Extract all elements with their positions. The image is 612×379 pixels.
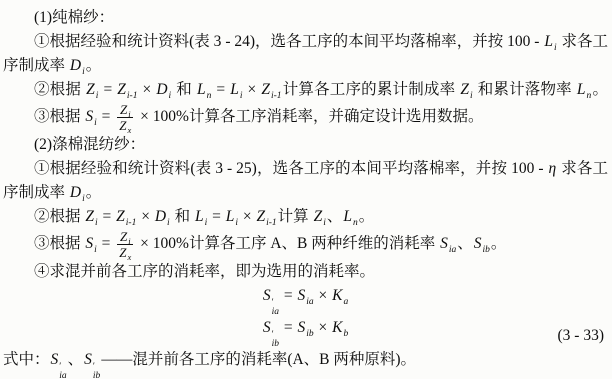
fraction-numerator: Zi — [118, 229, 133, 244]
math-var: Zi — [314, 208, 326, 225]
text-line: S′ib = Sib × Kb(3 - 33) — [3, 316, 608, 348]
text-run: 求各工 — [557, 160, 608, 177]
prime-subscript: ′ib — [93, 363, 100, 379]
subscript: ia — [449, 245, 456, 255]
subscript: b — [343, 329, 348, 339]
text-run: = — [208, 208, 225, 225]
subscript: i — [235, 218, 238, 228]
subscript: i-1 — [266, 218, 277, 228]
text-run: = — [99, 81, 116, 98]
text-run: 、 — [327, 208, 343, 225]
text-line: ③根据 Si = ZiZx × 100%计算各工序 A、B 两种纤维的消耗率 S… — [3, 229, 608, 260]
text-run: 。 — [592, 81, 608, 98]
math-var: Li — [226, 208, 238, 225]
text-run: 和 — [172, 81, 196, 98]
math-var: Di — [155, 208, 170, 225]
math-var: Ka — [332, 287, 348, 304]
math-var: Zi — [120, 229, 131, 244]
subscript: n — [587, 91, 592, 101]
text-run: 。 — [491, 235, 507, 252]
subscript: i — [554, 43, 557, 53]
text-run: ②根据 — [34, 81, 85, 98]
fraction-denominator: Zx — [117, 117, 133, 133]
subscript: i — [167, 218, 170, 228]
text-run: (2)涤棉混纺纱： — [34, 136, 145, 153]
subscript: ib — [306, 329, 313, 339]
text-line: ②根据 Zi = Zi-1 × Di 和 Li = Li × Zi-1计算 Zi… — [3, 205, 608, 229]
text-run: × — [315, 319, 332, 336]
math-var: Kb — [332, 319, 348, 336]
math-var: Si — [85, 108, 96, 125]
text-run: 和累计落物率 — [474, 81, 576, 98]
subscript: i — [205, 218, 208, 228]
text-line: (2)涤棉混纺纱： — [3, 133, 608, 157]
text-line: ①根据经验和统计资料(表 3 - 25)，选各工序的本间平均落棉率，并按 100… — [3, 157, 608, 181]
text-line: ②根据 Zi = Zi-1 × Di 和 Ln = Li × Zi-1计算各工序… — [3, 78, 608, 102]
subscript: ia — [272, 308, 279, 316]
math-var: Li — [195, 208, 207, 225]
math-var: Ln — [197, 81, 211, 98]
math-var: Zi-1 — [117, 81, 137, 98]
text-run: × 100%计算各工序消耗率，并确定设计选用数据。 — [136, 108, 483, 125]
prime-subscript: ′ib — [272, 331, 279, 348]
text-run: ①根据经验和统计资料(表 3 - 25)，选各工序的本间平均落棉率，并按 100… — [34, 160, 548, 177]
text-run: 式中： — [3, 351, 50, 368]
subscript: i — [96, 91, 99, 101]
prime-subscript: ′ia — [272, 299, 279, 316]
text-line: (1)纯棉纱： — [3, 6, 608, 30]
math-var: Li — [544, 33, 556, 50]
text-run: ①根据经验和统计资料(表 3 - 24)，选各工序的本间平均落棉率，并按 100… — [34, 33, 543, 50]
math-var: Zi-1 — [256, 208, 276, 225]
text-run: × — [239, 208, 256, 225]
subscript: n — [353, 218, 358, 228]
math-var: Zx — [119, 118, 131, 133]
text-run: = — [212, 81, 229, 98]
math-var: Zx — [119, 245, 131, 260]
subscript: i — [94, 245, 97, 255]
fraction-numerator: Zi — [118, 102, 133, 117]
text-line: ③根据 Si = ZiZx × 100%计算各工序消耗率，并确定设计选用数据。 — [3, 102, 608, 133]
equation-number: (3 - 33) — [558, 324, 605, 348]
subscript: i — [82, 194, 85, 204]
text-run: 序制成率 — [3, 184, 69, 201]
text-run: 求各工 — [558, 33, 608, 50]
subscript: ia — [306, 297, 313, 307]
text-line: 序制成率 Di。 — [3, 181, 608, 205]
subscript: i-1 — [127, 91, 138, 101]
text-run: = — [98, 235, 115, 252]
text-line: S′ia = Sia × Ka — [3, 284, 608, 316]
subscript: i-1 — [126, 218, 137, 228]
math-var: Zi-1 — [261, 81, 281, 98]
subscript: ib — [93, 372, 100, 379]
text-run: 。 — [86, 184, 102, 201]
fraction: ZiZx — [117, 229, 133, 260]
document-page: (1)纯棉纱：①根据经验和统计资料(表 3 - 24)，选各工序的本间平均落棉率… — [0, 0, 612, 379]
text-run: 计算各工序的累计制成率 — [283, 81, 460, 98]
text-run: ②根据 — [34, 208, 84, 225]
text-run: × — [138, 81, 155, 98]
text-run: × — [244, 81, 261, 98]
math-var: S′ia — [263, 287, 279, 304]
text-run: = — [280, 287, 297, 304]
subscript: i — [240, 91, 243, 101]
text-run: 序制成率 — [3, 57, 69, 74]
text-run: ③根据 — [34, 108, 84, 125]
subscript: i — [169, 91, 172, 101]
math-var: Sia — [297, 287, 313, 304]
math-var: Sia — [440, 235, 456, 252]
text-run: 。 — [86, 57, 102, 74]
document-body: (1)纯棉纱：①根据经验和统计资料(表 3 - 24)，选各工序的本间平均落棉率… — [3, 6, 608, 379]
math-var: S′ib — [263, 319, 279, 336]
math-var: Zi — [86, 81, 98, 98]
math-var: Zi — [85, 208, 97, 225]
fraction: ZiZx — [117, 102, 133, 133]
math-var: Zi — [120, 102, 131, 117]
subscript: i — [95, 218, 98, 228]
text-run: 、 — [457, 235, 473, 252]
subscript: n — [207, 91, 212, 101]
subscript: i — [94, 118, 97, 128]
subscript: i — [82, 67, 85, 77]
text-run: = — [98, 108, 115, 125]
text-run: ——混并前各工序的消耗率(A、B 两种原料)。 — [101, 351, 416, 368]
text-line: 式中：S′ia、S′ib——混并前各工序的消耗率(A、B 两种原料)。 — [3, 348, 608, 379]
math-var: S′ia — [51, 351, 67, 368]
math-var: Di — [156, 81, 171, 98]
subscript: a — [343, 297, 348, 307]
text-run: = — [280, 319, 297, 336]
math-var: Zi-1 — [116, 208, 136, 225]
subscript: i-1 — [271, 91, 282, 101]
text-run: ④求混并前各工序的消耗率，即为选用的消耗率。 — [34, 263, 375, 280]
text-line: 序制成率 Di。 — [3, 54, 608, 78]
subscript: ia — [59, 372, 66, 379]
math-var: Sib — [474, 235, 490, 252]
math-var: Ln — [343, 208, 357, 225]
subscript: i — [470, 91, 473, 101]
subscript: ib — [483, 245, 490, 255]
math-var: Si — [85, 235, 96, 252]
text-run: × — [137, 208, 154, 225]
math-var: Li — [230, 81, 242, 98]
text-run: 。 — [359, 208, 375, 225]
text-run: 计算 — [278, 208, 313, 225]
math-var: Ln — [577, 81, 591, 98]
text-line: ④求混并前各工序的消耗率，即为选用的消耗率。 — [3, 260, 608, 284]
text-run: 和 — [171, 208, 194, 225]
text-line: ①根据经验和统计资料(表 3 - 24)，选各工序的本间平均落棉率，并按 100… — [3, 30, 608, 54]
text-run: (1)纯棉纱： — [34, 9, 114, 26]
subscript: i — [323, 218, 326, 228]
math-var: Di — [70, 184, 85, 201]
subscript: ib — [272, 340, 279, 348]
text-run: = — [99, 208, 116, 225]
text-run: ③根据 — [34, 235, 84, 252]
text-run: × — [315, 287, 332, 304]
fraction-denominator: Zx — [117, 244, 133, 260]
prime-subscript: ′ia — [59, 363, 66, 379]
math-var: Di — [70, 57, 85, 74]
text-run: × 100%计算各工序 A、B 两种纤维的消耗率 — [136, 235, 439, 252]
math-var: S′ib — [84, 351, 100, 368]
math-var: η — [549, 160, 557, 177]
text-run: 、 — [68, 351, 84, 368]
math-var: Zi — [460, 81, 472, 98]
math-var: Sib — [297, 319, 313, 336]
